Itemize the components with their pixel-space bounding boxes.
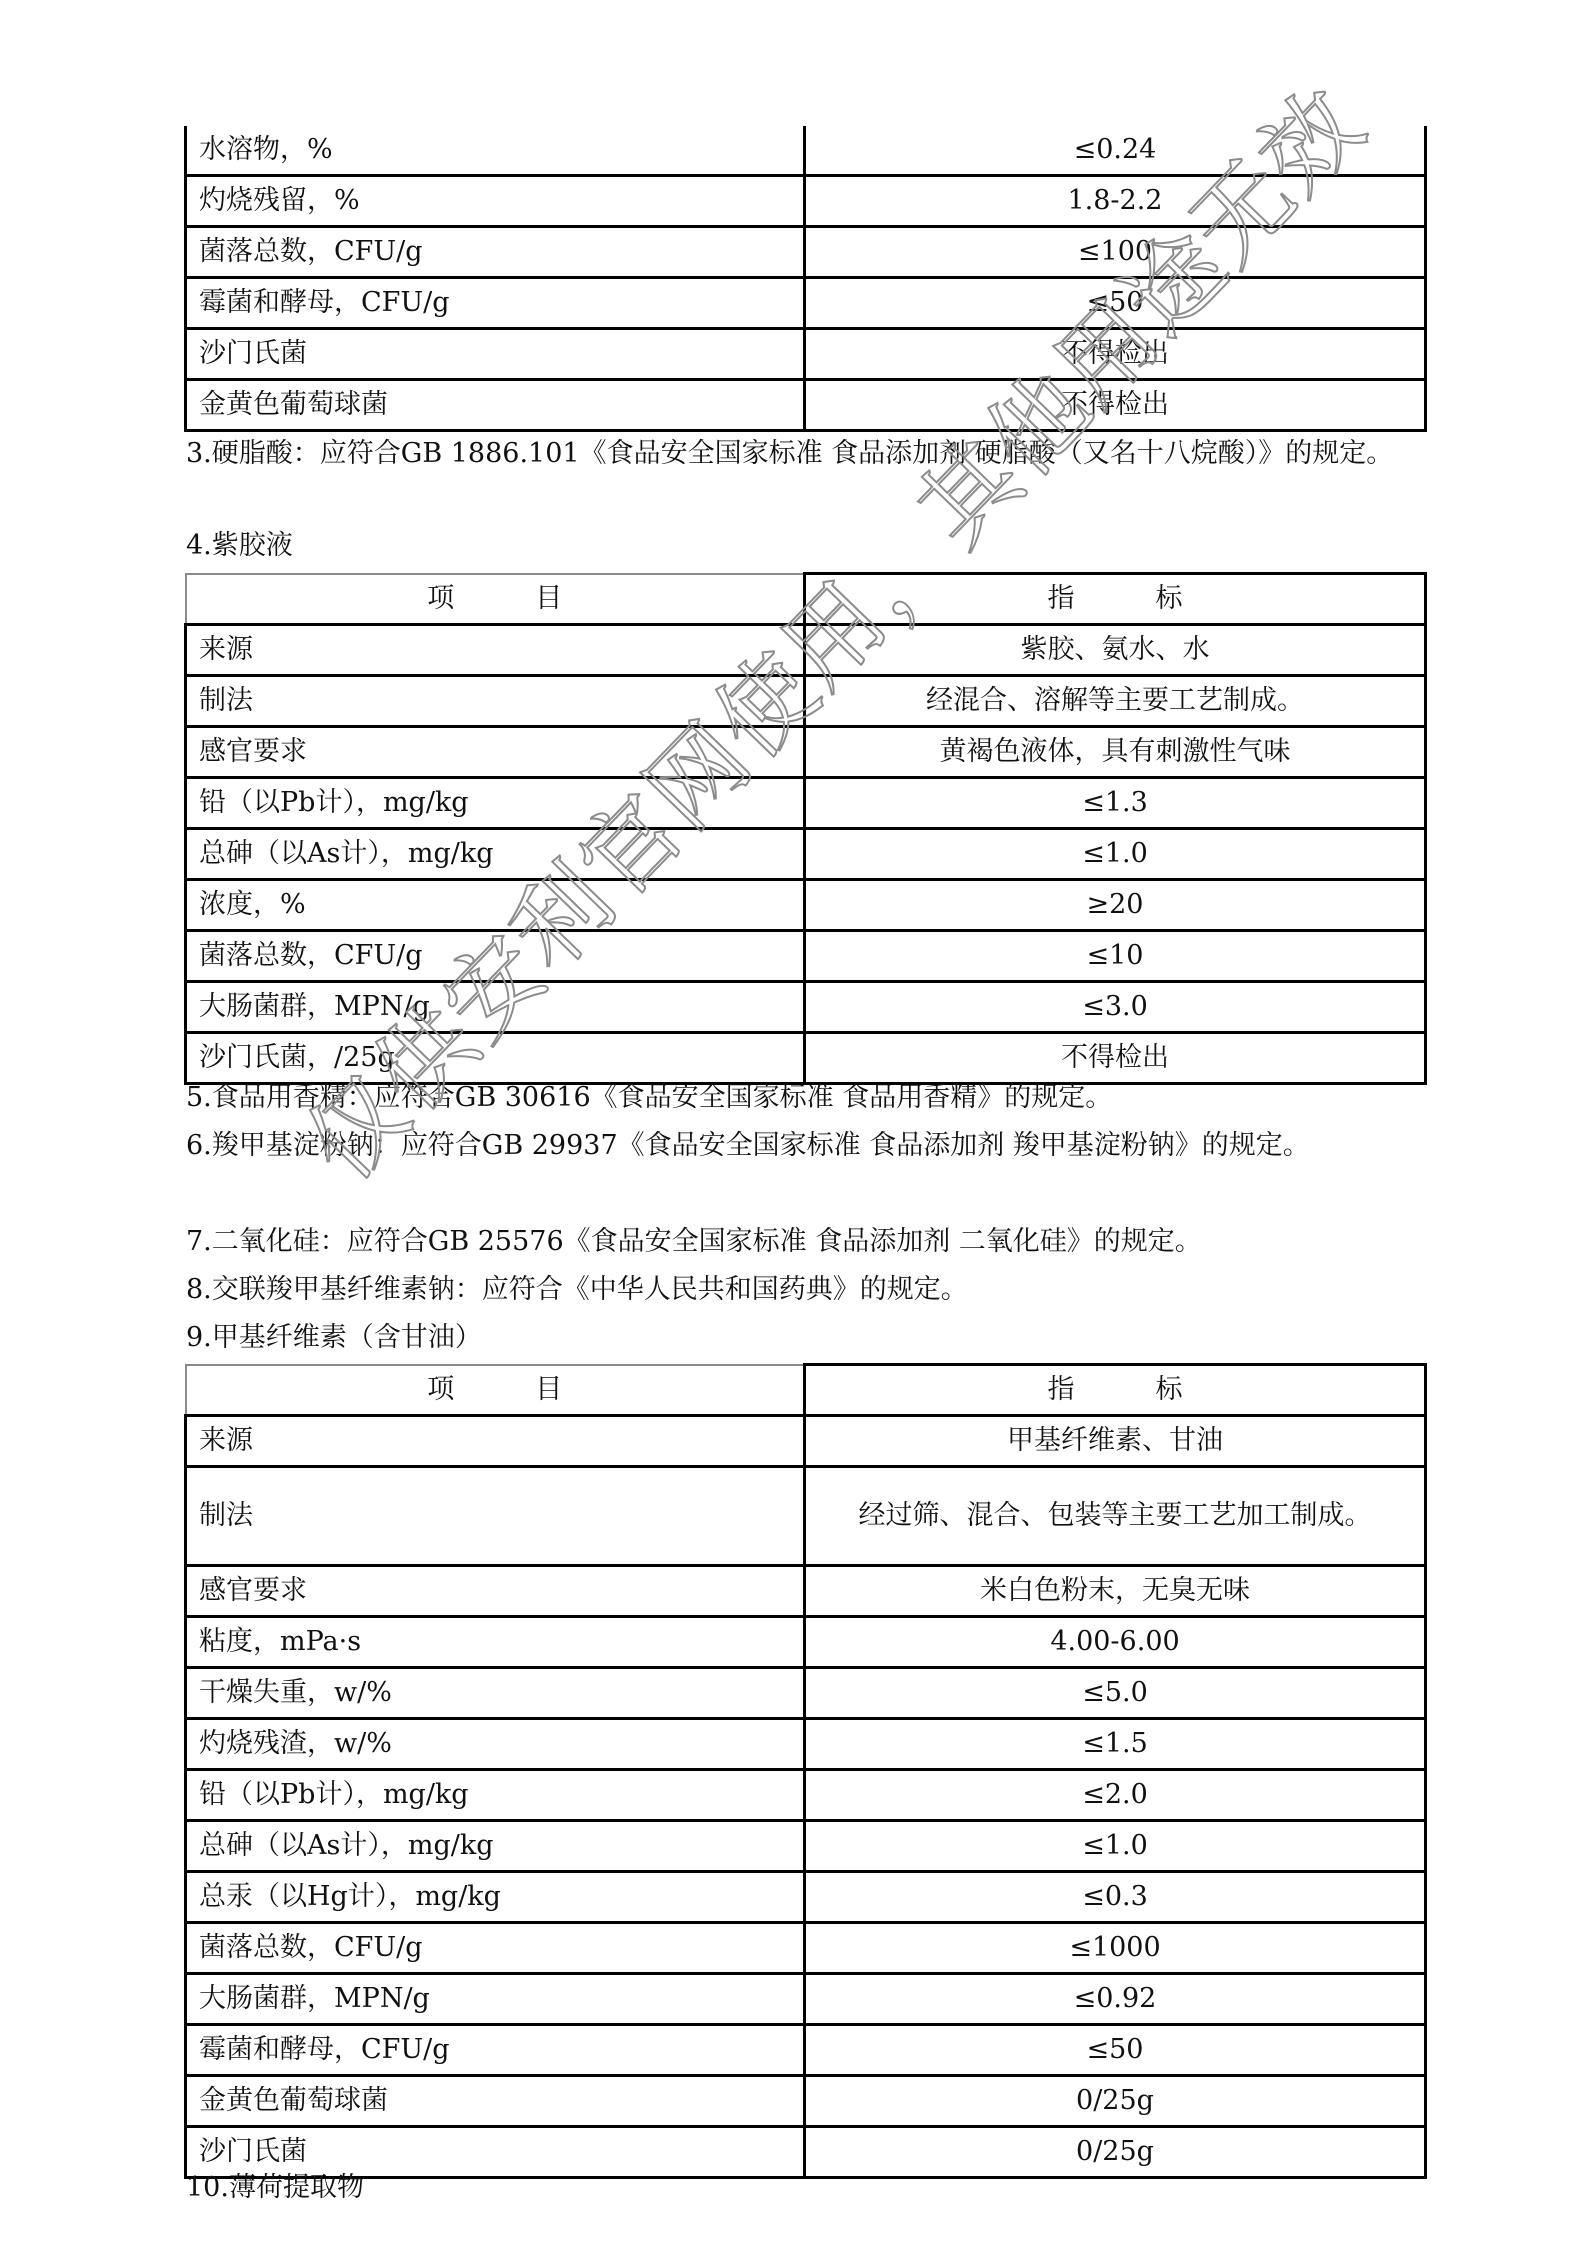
table-row: 灼烧残留，% 1.8-2.2 bbox=[186, 176, 1426, 227]
item-cell: 菌落总数，CFU/g bbox=[186, 227, 805, 278]
value-cell: 1.8-2.2 bbox=[805, 176, 1426, 227]
item-cell: 大肠菌群，MPN/g bbox=[186, 982, 805, 1033]
table-row: 大肠菌群，MPN/g ≤3.0 bbox=[186, 982, 1426, 1033]
item-cell: 浓度，% bbox=[186, 880, 805, 931]
paragraph-stearic-acid: 3.硬脂酸：应符合GB 1886.101《食品安全国家标准 食品添加剂 硬脂酸（… bbox=[184, 430, 1426, 478]
table-row: 菌落总数，CFU/g ≤10 bbox=[186, 931, 1426, 982]
item-cell: 灼烧残留，% bbox=[186, 176, 805, 227]
value-cell: 4.00-6.00 bbox=[805, 1617, 1426, 1668]
item-cell: 感官要求 bbox=[186, 1566, 805, 1617]
value-cell: ≤5.0 bbox=[805, 1668, 1426, 1719]
value-cell: 紫胶、氨水、水 bbox=[805, 625, 1426, 676]
header-value: 指 标 bbox=[805, 1365, 1426, 1416]
table-row: 大肠菌群，MPN/g ≤0.92 bbox=[186, 1974, 1426, 2025]
value-cell: 米白色粉末，无臭无味 bbox=[805, 1566, 1426, 1617]
value-cell: 经过筛、混合、包装等主要工艺加工制成。 bbox=[805, 1467, 1426, 1566]
value-cell: 黄褐色液体，具有刺激性气味 bbox=[805, 727, 1426, 778]
item-cell: 来源 bbox=[186, 625, 805, 676]
table-methylcellulose-spec: 项 目 指 标 来源 甲基纤维素、甘油 制法 经过筛、混合、包装等主要工艺加工制… bbox=[184, 1363, 1427, 2179]
table-row: 沙门氏菌 不得检出 bbox=[186, 329, 1426, 380]
value-cell: ≤3.0 bbox=[805, 982, 1426, 1033]
table-row: 干燥失重，w/% ≤5.0 bbox=[186, 1668, 1426, 1719]
table-shellac-spec: 项 目 指 标 来源 紫胶、氨水、水 制法 经混合、溶解等主要工艺制成。 感官要… bbox=[184, 572, 1427, 1085]
value-cell: ≤1.5 bbox=[805, 1719, 1426, 1770]
value-cell: ≤2.0 bbox=[805, 1770, 1426, 1821]
item-cell: 霉菌和酵母，CFU/g bbox=[186, 2025, 805, 2076]
item-cell: 铅（以Pb计），mg/kg bbox=[186, 778, 805, 829]
value-cell: ≤10 bbox=[805, 931, 1426, 982]
table-row: 制法 经混合、溶解等主要工艺制成。 bbox=[186, 676, 1426, 727]
table-2-wrapper: 项 目 指 标 来源 紫胶、氨水、水 制法 经混合、溶解等主要工艺制成。 感官要… bbox=[184, 572, 1427, 1085]
item-cell: 金黄色葡萄球菌 bbox=[186, 2076, 805, 2127]
value-cell: 经混合、溶解等主要工艺制成。 bbox=[805, 676, 1426, 727]
item-cell: 菌落总数，CFU/g bbox=[186, 1923, 805, 1974]
item-cell: 沙门氏菌 bbox=[186, 329, 805, 380]
section-title-shellac: 4.紫胶液 bbox=[184, 522, 293, 570]
table-row: 灼烧残渣，w/% ≤1.5 bbox=[186, 1719, 1426, 1770]
table-1-continued: 水溶物，% ≤0.24 灼烧残留，% 1.8-2.2 菌落总数，CFU/g ≤1… bbox=[184, 126, 1427, 432]
value-cell: 不得检出 bbox=[805, 380, 1426, 431]
table-row: 菌落总数，CFU/g ≤100 bbox=[186, 227, 1426, 278]
paragraph-silicon-dioxide: 7.二氧化硅：应符合GB 25576《食品安全国家标准 食品添加剂 二氧化硅》的… bbox=[184, 1218, 1202, 1266]
value-cell: ≤1000 bbox=[805, 1923, 1426, 1974]
table-row: 总砷（以As计），mg/kg ≤1.0 bbox=[186, 829, 1426, 880]
item-cell: 粘度，mPa·s bbox=[186, 1617, 805, 1668]
table-row: 浓度，% ≥20 bbox=[186, 880, 1426, 931]
item-cell: 总砷（以As计），mg/kg bbox=[186, 829, 805, 880]
value-cell: ≤1.0 bbox=[805, 829, 1426, 880]
item-cell: 大肠菌群，MPN/g bbox=[186, 1974, 805, 2025]
value-cell: 0/25g bbox=[805, 2127, 1426, 2178]
table-row: 制法 经过筛、混合、包装等主要工艺加工制成。 bbox=[186, 1467, 1426, 1566]
item-cell: 制法 bbox=[186, 1467, 805, 1566]
table-row: 金黄色葡萄球菌 不得检出 bbox=[186, 380, 1426, 431]
table-row: 感官要求 米白色粉末，无臭无味 bbox=[186, 1566, 1426, 1617]
table-row: 来源 紫胶、氨水、水 bbox=[186, 625, 1426, 676]
item-cell: 灼烧残渣，w/% bbox=[186, 1719, 805, 1770]
table-row: 来源 甲基纤维素、甘油 bbox=[186, 1416, 1426, 1467]
table-row: 霉菌和酵母，CFU/g ≤50 bbox=[186, 278, 1426, 329]
value-cell: 0/25g bbox=[805, 2076, 1426, 2127]
table-row: 霉菌和酵母，CFU/g ≤50 bbox=[186, 2025, 1426, 2076]
item-cell: 感官要求 bbox=[186, 727, 805, 778]
value-cell: ≤50 bbox=[805, 2025, 1426, 2076]
table-row: 感官要求 黄褐色液体，具有刺激性气味 bbox=[186, 727, 1426, 778]
header-value: 指 标 bbox=[805, 574, 1426, 625]
value-cell: ≤0.3 bbox=[805, 1872, 1426, 1923]
table-1-wrapper: 水溶物，% ≤0.24 灼烧残留，% 1.8-2.2 菌落总数，CFU/g ≤1… bbox=[184, 126, 1427, 432]
table-row: 菌落总数，CFU/g ≤1000 bbox=[186, 1923, 1426, 1974]
table-row: 水溶物，% ≤0.24 bbox=[186, 126, 1426, 176]
section-title-methylcellulose: 9.甲基纤维素（含甘油） bbox=[184, 1314, 482, 1362]
item-cell: 干燥失重，w/% bbox=[186, 1668, 805, 1719]
table-row: 铅（以Pb计），mg/kg ≤1.3 bbox=[186, 778, 1426, 829]
value-cell: 不得检出 bbox=[805, 329, 1426, 380]
value-cell: 甲基纤维素、甘油 bbox=[805, 1416, 1426, 1467]
item-cell: 总汞（以Hg计），mg/kg bbox=[186, 1872, 805, 1923]
item-cell: 水溶物，% bbox=[186, 126, 805, 176]
value-cell: ≤0.92 bbox=[805, 1974, 1426, 2025]
paragraph-sodium-starch-glycolate: 6.羧甲基淀粉钠：应符合GB 29937《食品安全国家标准 食品添加剂 羧甲基淀… bbox=[184, 1122, 1426, 1170]
paragraph-food-flavoring: 5.食品用香精：应符合GB 30616《食品安全国家标准 食品用香精》的规定。 bbox=[184, 1074, 1112, 1122]
header-item: 项 目 bbox=[186, 1365, 805, 1416]
value-cell: ≤50 bbox=[805, 278, 1426, 329]
table-row: 总砷（以As计），mg/kg ≤1.0 bbox=[186, 1821, 1426, 1872]
table-3-wrapper: 项 目 指 标 来源 甲基纤维素、甘油 制法 经过筛、混合、包装等主要工艺加工制… bbox=[184, 1363, 1427, 2179]
item-cell: 霉菌和酵母，CFU/g bbox=[186, 278, 805, 329]
table-row: 总汞（以Hg计），mg/kg ≤0.3 bbox=[186, 1872, 1426, 1923]
paragraph-croscarmellose-sodium: 8.交联羧甲基纤维素钠：应符合《中华人民共和国药典》的规定。 bbox=[184, 1266, 968, 1314]
value-cell: ≤0.24 bbox=[805, 126, 1426, 176]
table-row: 金黄色葡萄球菌 0/25g bbox=[186, 2076, 1426, 2127]
item-cell: 铅（以Pb计），mg/kg bbox=[186, 1770, 805, 1821]
item-cell: 制法 bbox=[186, 676, 805, 727]
item-cell: 来源 bbox=[186, 1416, 805, 1467]
value-cell: ≤1.3 bbox=[805, 778, 1426, 829]
item-cell: 金黄色葡萄球菌 bbox=[186, 380, 805, 431]
header-item: 项 目 bbox=[186, 574, 805, 625]
value-cell: ≥20 bbox=[805, 880, 1426, 931]
item-cell: 总砷（以As计），mg/kg bbox=[186, 1821, 805, 1872]
value-cell: ≤100 bbox=[805, 227, 1426, 278]
table-row: 沙门氏菌 0/25g bbox=[186, 2127, 1426, 2178]
table-header-row: 项 目 指 标 bbox=[186, 574, 1426, 625]
section-title-mint-extract: 10.薄荷提取物 bbox=[184, 2164, 364, 2212]
value-cell: ≤1.0 bbox=[805, 1821, 1426, 1872]
table-row: 铅（以Pb计），mg/kg ≤2.0 bbox=[186, 1770, 1426, 1821]
item-cell: 菌落总数，CFU/g bbox=[186, 931, 805, 982]
table-row: 粘度，mPa·s 4.00-6.00 bbox=[186, 1617, 1426, 1668]
table-header-row: 项 目 指 标 bbox=[186, 1365, 1426, 1416]
